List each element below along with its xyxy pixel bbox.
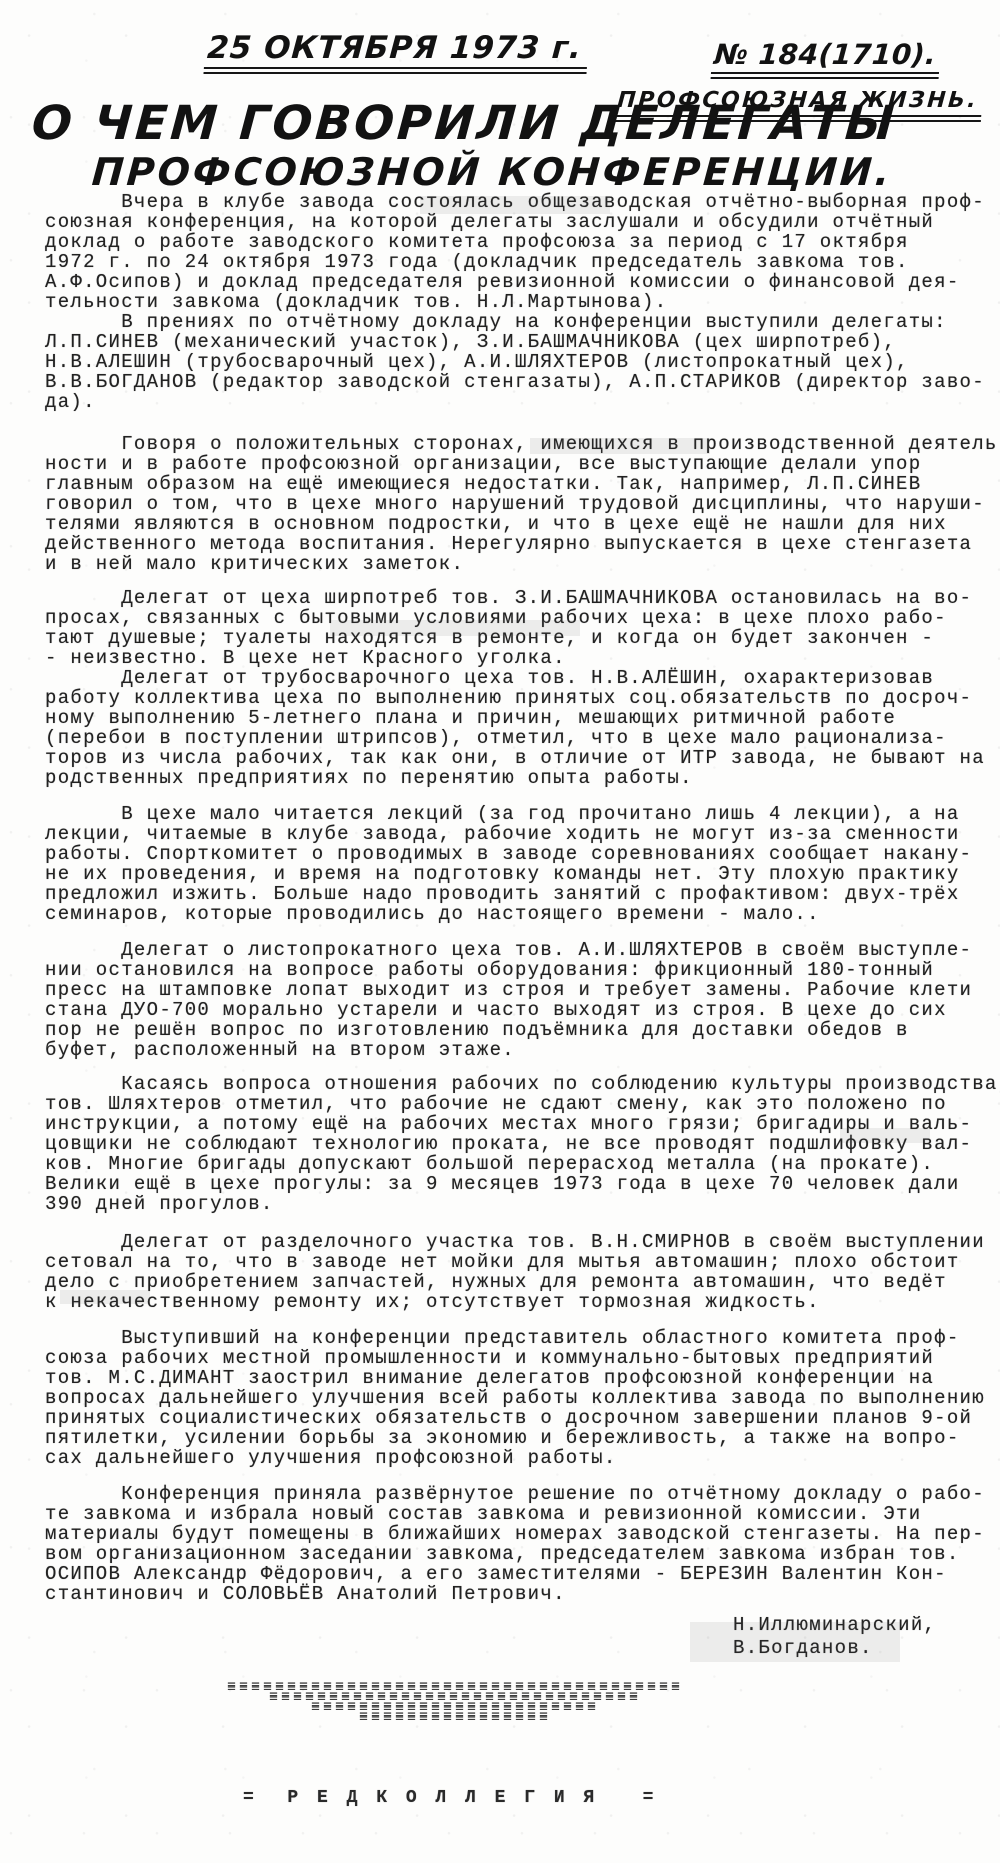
paragraph-shlyakhterov-equipment: Делегат о листопрокатного цеха тов. А.И.… [45,940,995,1060]
issue-number: № 184(1710). [711,38,942,79]
divider-row: ================ [195,1712,715,1722]
paragraph-lead: Вчера в клубе завода состоялась общезаво… [45,192,995,312]
headline-line1: О ЧЕМ ГОВОРИЛИ ДЕЛЕГАТЫ [30,96,899,151]
paragraph-aleshin: Делегат от трубосварочного цеха тов. Н.В… [45,668,995,788]
paragraph-shlyakhterov-culture: Касаясь вопроса отношения рабочих по соб… [45,1074,995,1214]
paragraph-dimant: Выступивший на конференции представитель… [45,1328,995,1468]
paragraph-delegates-list: В прениях по отчётному докладу на конфер… [45,312,995,412]
headline-line2: ПРОФСОЮЗНОЙ КОНФЕРЕНЦИИ. [90,150,893,194]
signature-block: Н.Иллюминарский, В.Богданов. [733,1614,995,1660]
paragraph-bashmachnikova: Делегат от цеха ширпотреб тов. З.И.БАШМА… [45,588,995,668]
paragraph-smirnov: Делегат от разделочного участка тов. В.Н… [45,1232,995,1312]
paragraph-lectures: В цехе мало читается лекций (за год проч… [45,804,995,924]
scanned-document-page: 25 ОКТЯБРЯ 1973 г. № 184(1710). ПРОФСОЮЗ… [0,0,1000,1863]
article-body: Вчера в клубе завода состоялась общезаво… [45,192,995,1808]
typed-divider: ====================================== =… [195,1682,715,1722]
paragraph-resolution: Конференция приняла развёрнутое решение … [45,1484,995,1604]
document-date: 25 ОКТЯБРЯ 1973 г. [203,30,589,74]
paragraph-sinev: Говоря о положительных сторонах, имеющих… [45,434,995,574]
editorial-board-label: = Р Е Д К О Л Л Е Г И Я = [243,1788,995,1808]
